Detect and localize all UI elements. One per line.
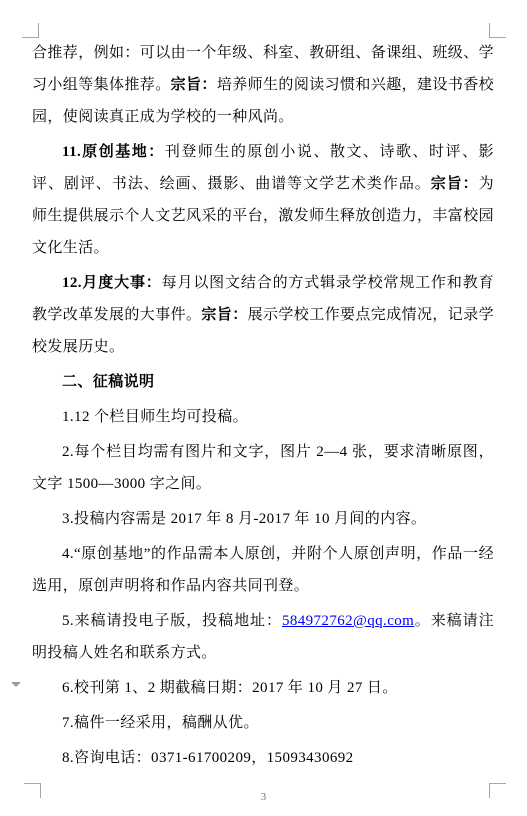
email-link[interactable]: 584972762@qq.com — [282, 613, 414, 629]
bold-text-run: 二、征稿说明 — [62, 373, 154, 390]
text-run: 6.校刊第 1、2 期截稿日期：2017 年 10 月 27 日。 — [62, 680, 398, 696]
paragraph: 4.“原创基地”的作品需本人原创，并附个人原创声明，作品一经选用，原创声明将和作… — [32, 538, 494, 602]
text-run: 7.稿件一经采用，稿酬从优。 — [62, 715, 259, 731]
paragraph: 7.稿件一经采用，稿酬从优。 — [32, 707, 494, 739]
paragraph: 1.12 个栏目师生均可投稿。 — [32, 401, 494, 433]
text-run: 8.咨询电话：0371-61700209，15093430692 — [62, 750, 354, 766]
text-run: 1.12 个栏目师生均可投稿。 — [62, 409, 248, 425]
paragraph: 3.投稿内容需是 2017 年 8 月-2017 年 10 月间的内容。 — [32, 503, 494, 535]
text-run: 2.每个栏目均需有图片和文字，图片 2—4 张，要求清晰原图，文字 1500—3… — [32, 444, 494, 492]
text-run: 5.来稿请投电子版，投稿地址： — [62, 613, 282, 629]
bold-text-run: 12.月度大事： — [62, 275, 162, 291]
section-heading: 二、征稿说明 — [32, 366, 494, 398]
text-run: 4.“原创基地”的作品需本人原创，并附个人原创声明，作品一经选用，原创声明将和作… — [32, 546, 494, 594]
bold-text-run: 宗旨： — [201, 307, 247, 323]
margin-marker-icon — [11, 682, 21, 687]
page-number: 3 — [0, 791, 527, 803]
text-run: 。 — [414, 613, 431, 629]
text-boundary-mark-top-left — [22, 23, 39, 38]
bold-text-run: 宗旨： — [171, 77, 217, 93]
text-boundary-mark-top-right — [489, 23, 506, 38]
paragraph: 11.原创基地：刊登师生的原创小说、散文、诗歌、时评、影评、剧评、书法、绘画、摄… — [32, 136, 494, 264]
paragraph: 12.月度大事：每月以图文结合的方式辑录学校常规工作和教育教学改革发展的大事件。… — [32, 267, 494, 363]
paragraph: 6.校刊第 1、2 期截稿日期：2017 年 10 月 27 日。 — [32, 672, 494, 704]
text-run: 3.投稿内容需是 2017 年 8 月-2017 年 10 月间的内容。 — [62, 511, 426, 527]
bold-text-run: 11.原创基地： — [62, 144, 165, 160]
document-body: 合推荐，例如：可以由一个年级、科室、教研组、备课组、班级、学习小组等集体推荐。宗… — [32, 37, 494, 777]
paragraph: 8.咨询电话：0371-61700209，15093430692 — [32, 742, 494, 774]
paragraph: 2.每个栏目均需有图片和文字，图片 2—4 张，要求清晰原图，文字 1500—3… — [32, 436, 494, 500]
document-page: 合推荐，例如：可以由一个年级、科室、教研组、备课组、班级、学习小组等集体推荐。宗… — [0, 0, 527, 816]
bold-text-run: 宗旨： — [431, 176, 479, 192]
paragraph: 合推荐，例如：可以由一个年级、科室、教研组、备课组、班级、学习小组等集体推荐。宗… — [32, 37, 494, 133]
paragraph: 5.来稿请投电子版，投稿地址：584972762@qq.com。来稿请注明投稿人… — [32, 605, 494, 669]
